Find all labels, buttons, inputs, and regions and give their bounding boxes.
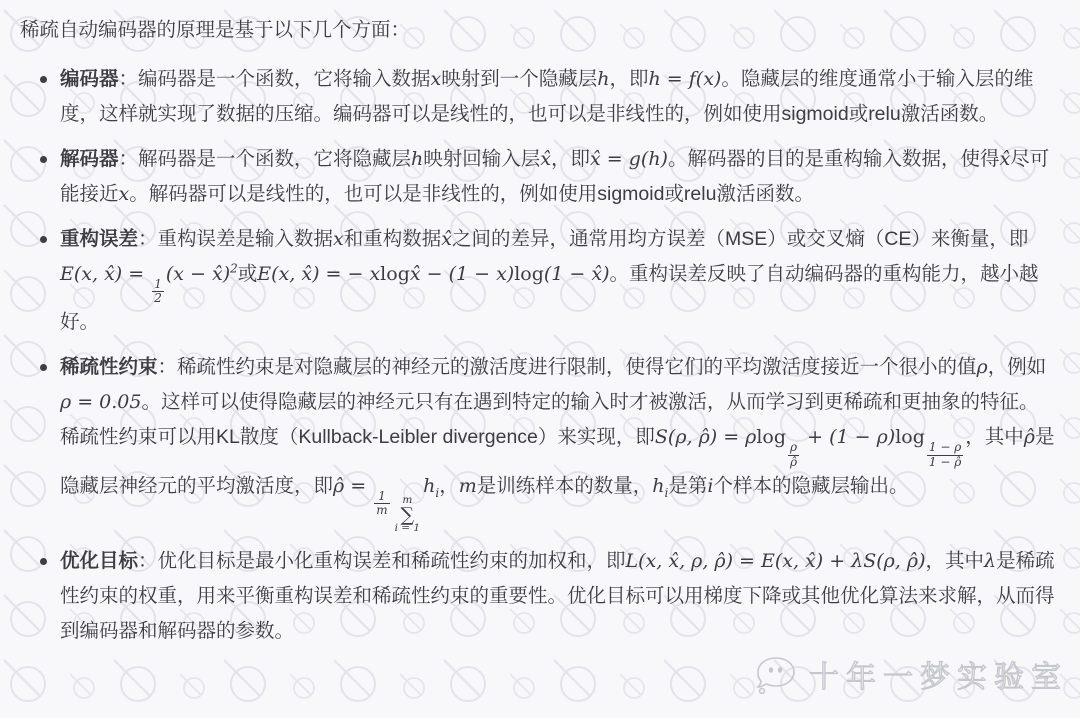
math-segment: x̂	[540, 148, 551, 170]
math-segment: + (1 − ρ)	[801, 426, 895, 448]
math-operator: log	[756, 426, 786, 448]
text-segment: 是第	[668, 475, 707, 497]
math-operator: log	[895, 426, 925, 448]
math-segment: ρ̂ =	[333, 475, 372, 497]
document: 稀疏自动编码器的原理是基于以下几个方面： 编码器：编码器是一个函数，它将输入数据…	[0, 0, 1080, 649]
fraction-numerator: 1	[376, 490, 388, 503]
math-segment: h = f(x)	[649, 68, 722, 90]
text-segment: 之间的差异，通常用均方误差（MSE）或交叉熵（CE）来衡量，即	[452, 228, 1028, 250]
text-segment: 和重构数据	[344, 228, 442, 250]
math-segment: x	[333, 228, 344, 250]
bullet-item: 解码器：解码器是一个函数，它将隐藏层h映射回输入层x̂，即x̂ = g(h)。解…	[60, 142, 1056, 212]
math-segment: x̂ = g(h)	[590, 148, 668, 170]
math-segment: x̂ − (1 − x)	[410, 263, 514, 285]
text-segment: 或	[238, 263, 258, 285]
math-fraction: ρρ̂	[788, 441, 799, 468]
math-segment: x̂	[1000, 148, 1011, 170]
math-segment: (x − x̂)	[166, 263, 230, 285]
bullet-marker-icon	[40, 76, 47, 83]
text-segment: ，即	[551, 148, 590, 170]
text-segment: ，例如	[988, 356, 1047, 378]
fraction-numerator: 1 − ρ	[927, 441, 963, 454]
math-segment: (1 − x̂)	[544, 263, 610, 285]
fraction-denominator: 1 − ρ̂	[927, 455, 963, 469]
fraction-numerator: 1	[152, 278, 164, 291]
math-segment: ρ	[977, 356, 988, 378]
text-segment: ：编码器是一个函数，它将输入数据	[119, 68, 431, 90]
math-fraction: 12	[152, 278, 164, 305]
bullet-marker-icon	[40, 156, 47, 163]
text-segment: ，即	[610, 68, 649, 90]
bullet-item: 编码器：编码器是一个函数，它将输入数据x映射到一个隐藏层h，即h = f(x)。…	[60, 62, 1056, 132]
fraction-denominator: m	[374, 503, 389, 517]
summation: m∑i = 1	[395, 496, 421, 534]
summation-lower-limit: i = 1	[395, 524, 421, 534]
text-segment: ：稀疏性约束是对隐藏层的神经元的激活度进行限制，使得它们的平均激活度接近一个很小…	[158, 356, 977, 378]
text-segment: ，	[439, 475, 459, 497]
fraction-denominator: ρ̂	[788, 455, 799, 469]
math-segment: h	[597, 68, 609, 90]
bullet-term: 编码器	[60, 68, 119, 90]
text-segment: ：重构误差是输入数据	[138, 228, 333, 250]
math-segment: x	[431, 68, 442, 90]
text-segment: ：优化目标是最小化重构误差和稀疏性约束的加权和，即	[138, 550, 626, 572]
bullet-term: 重构误差	[60, 228, 138, 250]
bullet-marker-icon	[40, 236, 47, 243]
bullet-marker-icon	[40, 364, 47, 371]
fraction-denominator: 2	[152, 291, 164, 305]
math-segment: h	[652, 475, 664, 497]
text-segment: ：解码器是一个函数，它将隐藏层	[119, 148, 412, 170]
math-segment: L(x, x̂, ρ, ρ̂) = E(x, x̂) + λS(ρ, ρ̂)	[626, 550, 926, 572]
math-operator: log	[514, 263, 544, 285]
math-operator: log	[380, 263, 410, 285]
text-segment: ，其中	[926, 550, 985, 572]
bullet-item: 优化目标：优化目标是最小化重构误差和稀疏性约束的加权和，即L(x, x̂, ρ,…	[60, 544, 1056, 649]
bullet-list: 编码器：编码器是一个函数，它将输入数据x映射到一个隐藏层h，即h = f(x)。…	[20, 62, 1056, 649]
math-segment: x̂	[441, 228, 452, 250]
math-segment: E(x, x̂) =	[60, 263, 150, 285]
math-segment: λ	[984, 550, 996, 572]
bullet-item: 稀疏性约束：稀疏性约束是对隐藏层的神经元的激活度进行限制，使得它们的平均激活度接…	[60, 350, 1056, 533]
text-segment: 。解码器的目的是重构输入数据，使得	[668, 148, 1000, 170]
math-superscript: 2	[230, 262, 238, 276]
bullet-term: 优化目标	[60, 550, 138, 572]
math-fraction: 1m	[374, 490, 389, 517]
text-segment: 映射回输入层	[423, 148, 540, 170]
math-segment: ρ̂	[1024, 426, 1035, 448]
text-segment: 。解码器可以是线性的，也可以是非线性的，例如使用sigmoid或relu激活函数…	[129, 183, 814, 205]
bullet-term: 稀疏性约束	[60, 356, 158, 378]
bullet-marker-icon	[40, 558, 47, 565]
math-segment: h	[423, 475, 435, 497]
page-title: 稀疏自动编码器的原理是基于以下几个方面：	[20, 13, 1056, 48]
text-segment: 个样本的隐藏层输出。	[713, 475, 908, 497]
bullet-item: 重构误差：重构误差是输入数据x和重构数据x̂之间的差异，通常用均方误差（MSE）…	[60, 222, 1056, 340]
fraction-numerator: ρ	[788, 441, 799, 454]
math-segment: x	[119, 183, 130, 205]
math-segment: h	[411, 148, 423, 170]
text-segment: 是训练样本的数量，	[477, 475, 653, 497]
math-segment: ρ = 0.05	[60, 391, 141, 413]
math-segment: E(x, x̂) = − x	[257, 263, 380, 285]
text-segment: 映射到一个隐藏层	[441, 68, 597, 90]
math-segment: m	[459, 475, 477, 497]
math-fraction: 1 − ρ1 − ρ̂	[927, 441, 963, 468]
bullet-term: 解码器	[60, 148, 119, 170]
text-segment: ，其中	[965, 426, 1024, 448]
math-segment: S(ρ, ρ̂) = ρ	[655, 426, 756, 448]
